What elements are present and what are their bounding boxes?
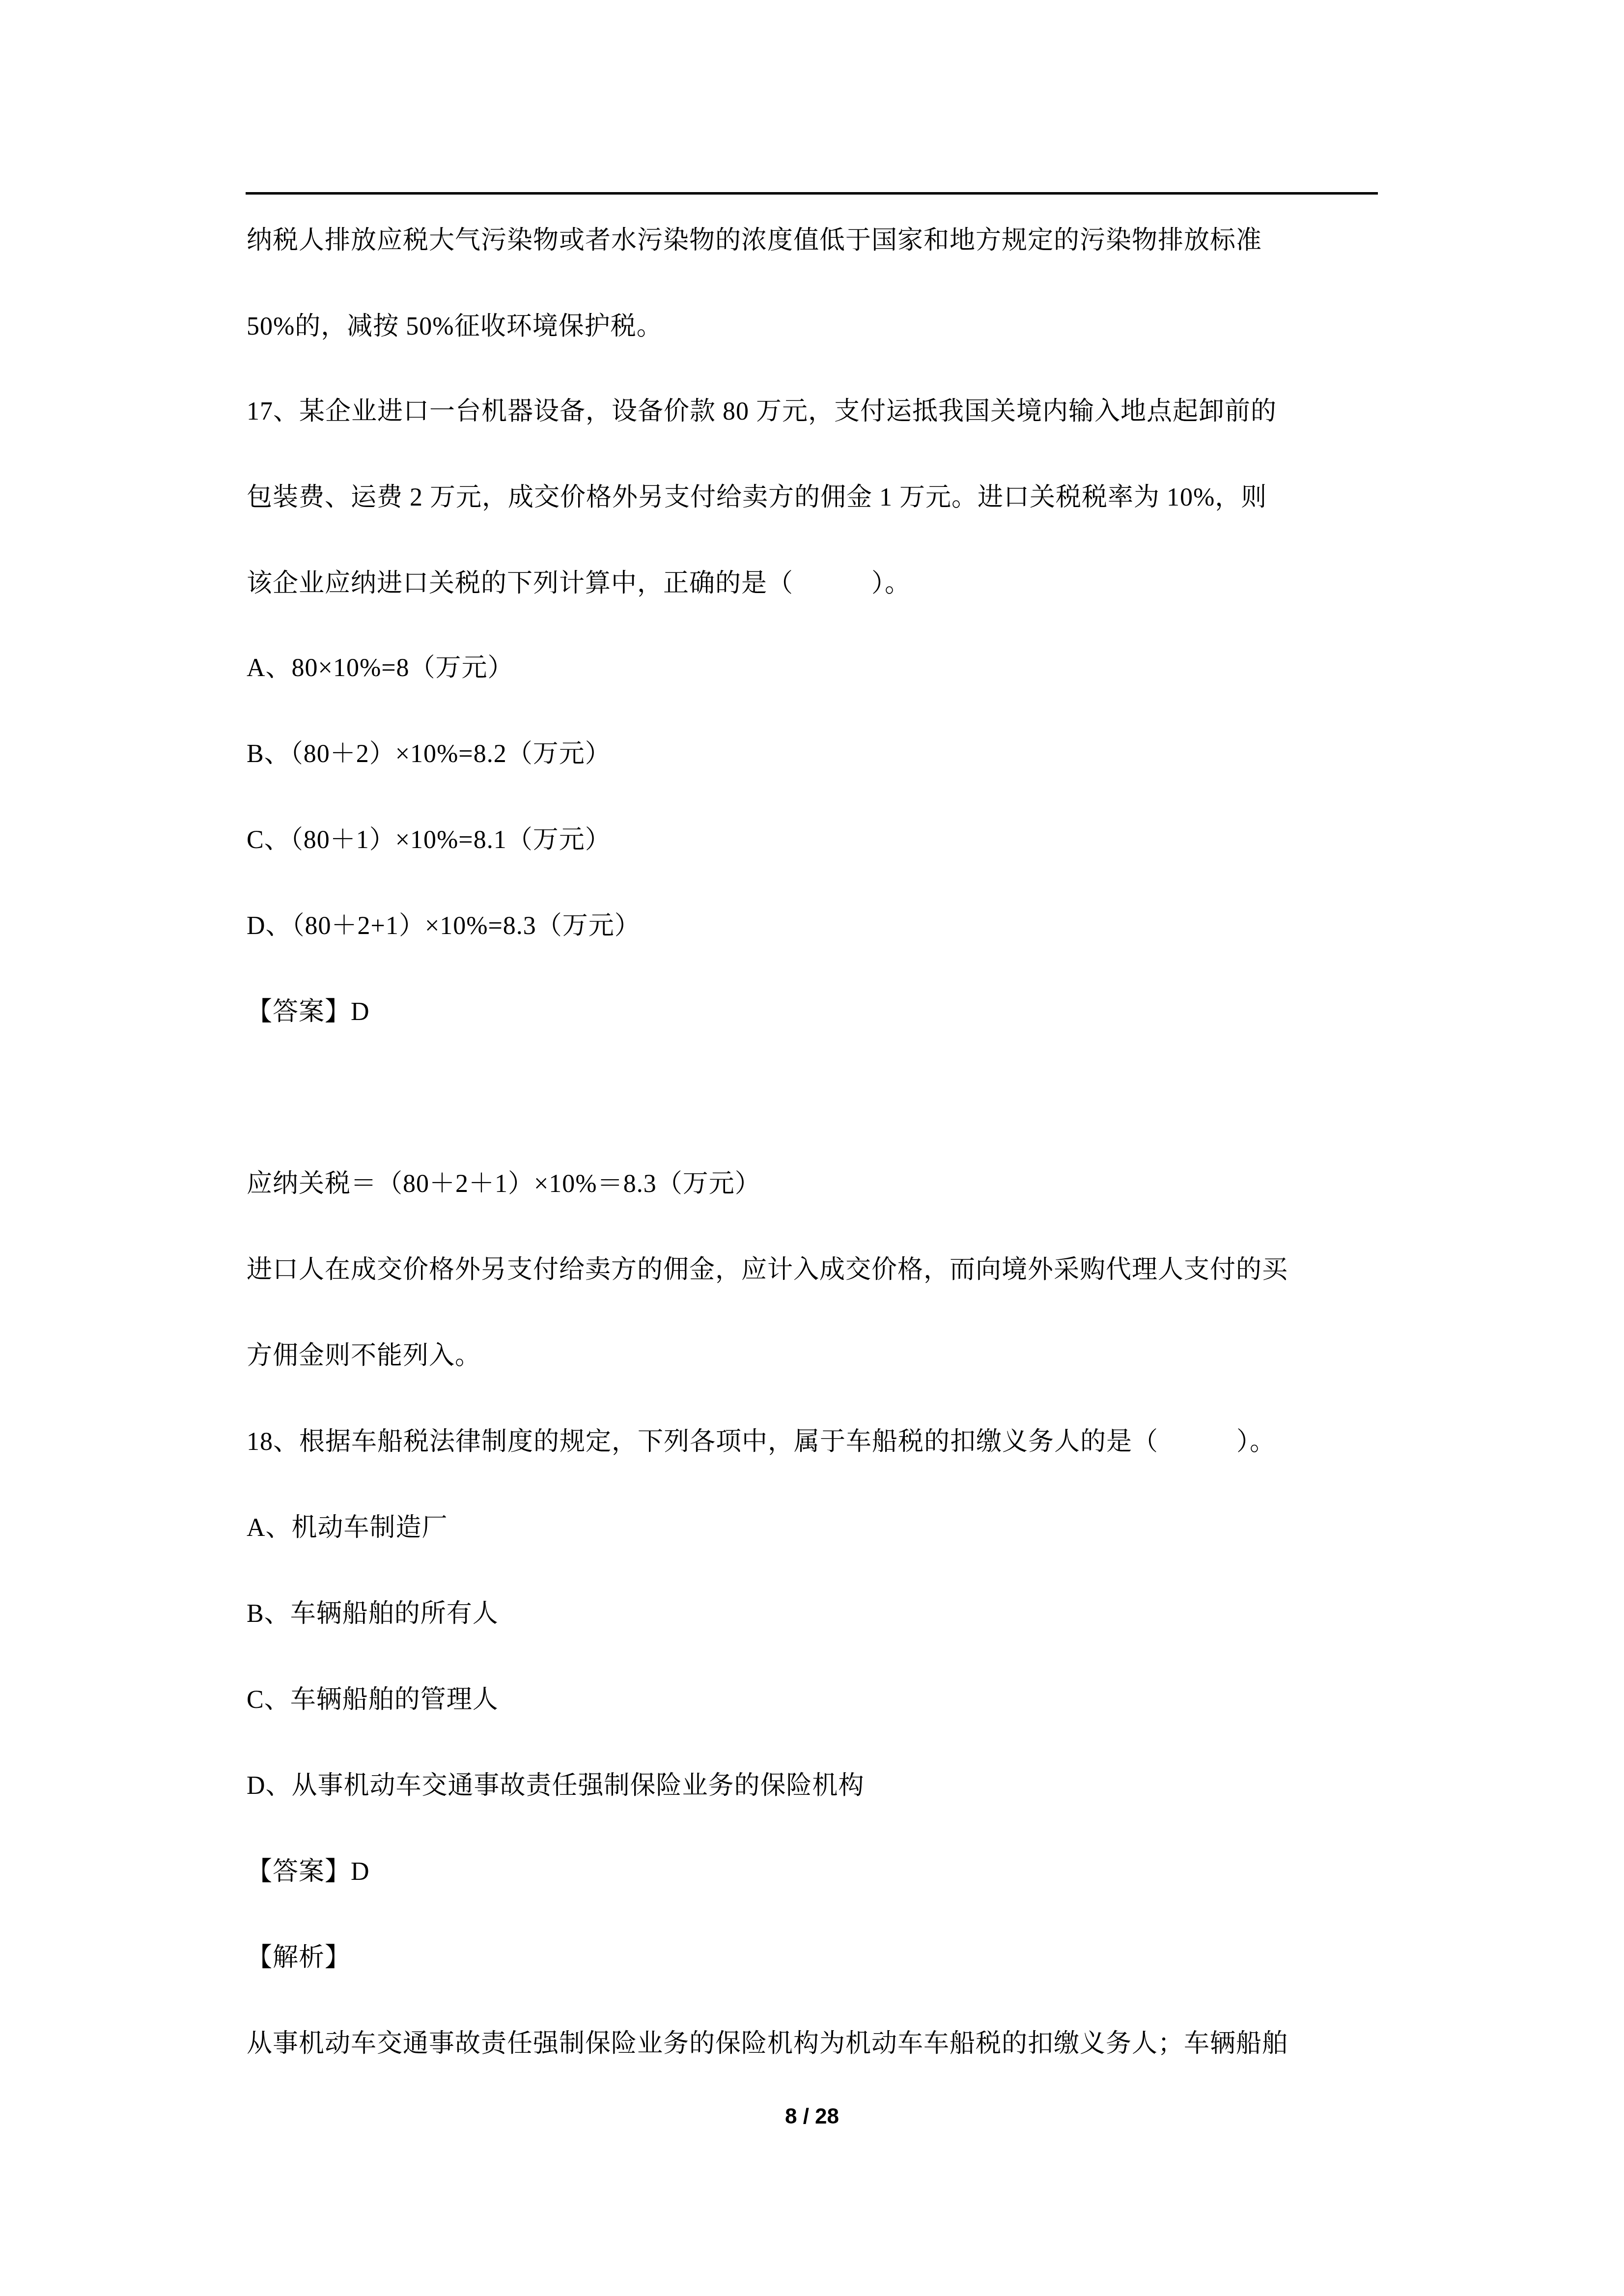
question-stem: 17、某企业进口一台机器设备，设备价款 80 万元，支付运抵我国关境内输入地点起… — [247, 397, 1277, 426]
explanation-line: 进口人在成交价格外另支付给卖方的佣金，应计入成交价格，而向境外采购代理人支付的买 — [247, 1255, 1288, 1285]
option-d: D、从事机动车交通事故责任强制保险业务的保险机构 — [247, 1771, 865, 1801]
explanation-line: 应纳关税＝（80＋2＋1）×10%＝8.3（万元） — [247, 1169, 761, 1199]
option-b: B、（80＋2）×10%=8.2（万元） — [247, 739, 611, 769]
answer: 【答案】D — [247, 997, 370, 1027]
analysis-label: 【解析】 — [247, 1943, 351, 1973]
explanation-line: 从事机动车交通事故责任强制保险业务的保险机构为机动车车船税的扣缴义务人；车辆船舶 — [247, 2029, 1288, 2059]
header-rule — [246, 192, 1378, 195]
question-stem: 该企业应纳进口关税的下列计算中，正确的是（ ）。 — [247, 569, 911, 598]
answer: 【答案】D — [247, 1857, 370, 1887]
option-c: C、车辆船舶的管理人 — [247, 1685, 499, 1715]
option-a: A、80×10%=8（万元） — [247, 653, 514, 683]
continuation-line: 纳税人排放应税大气污染物或者水污染物的浓度值低于国家和地方规定的污染物排放标准 — [247, 226, 1262, 255]
option-c: C、（80＋1）×10%=8.1（万元） — [247, 825, 611, 855]
explanation-line: 方佣金则不能列入。 — [247, 1341, 481, 1371]
question-stem: 包装费、运费 2 万元，成交价格外另支付给卖方的佣金 1 万元。进口关税税率为 … — [247, 483, 1267, 512]
option-b: B、车辆船舶的所有人 — [247, 1599, 499, 1629]
question-stem: 18、根据车船税法律制度的规定，下列各项中，属于车船税的扣缴义务人的是（ ）。 — [247, 1427, 1276, 1457]
option-a: A、机动车制造厂 — [247, 1513, 448, 1543]
page-number: 8 / 28 — [0, 2104, 1624, 2129]
option-d: D、（80＋2+1）×10%=8.3（万元） — [247, 911, 641, 941]
continuation-line: 50%的，减按 50%征收环境保护税。 — [247, 312, 663, 341]
